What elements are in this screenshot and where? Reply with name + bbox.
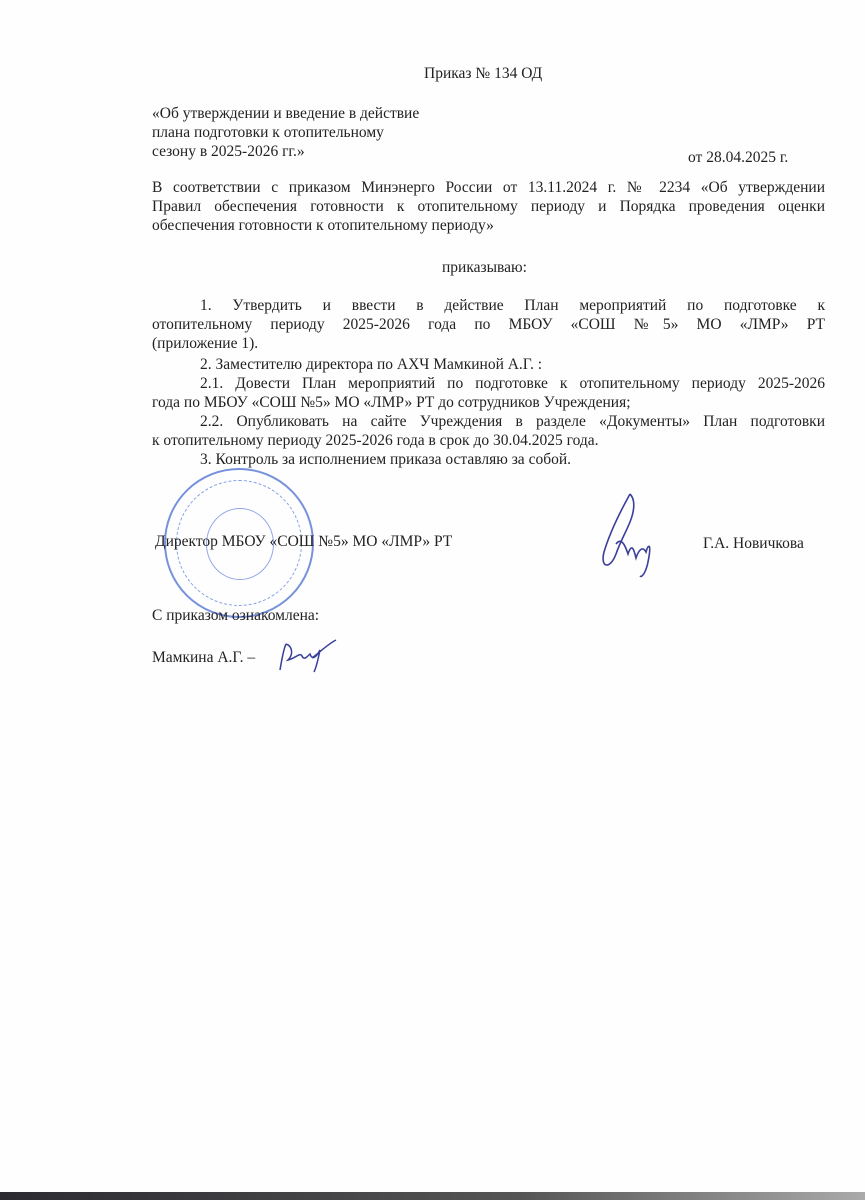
preamble: В соответствии с приказом Минэнерго Росс…: [152, 178, 825, 235]
handwritten-signature-icon: [590, 492, 670, 582]
item-2: 2. Заместителю директора по АХЧ Мамкиной…: [200, 355, 542, 374]
item-line: 1. Утвердить и ввести в действие План ме…: [152, 296, 825, 315]
preamble-line: обеспечения готовности к отопительному п…: [152, 216, 825, 235]
subject-line: сезону в 2025-2026 гг.»: [152, 142, 305, 161]
subject-line: «Об утверждении и введение в действие: [152, 104, 419, 123]
item-line: к отопительному периоду 2025-2026 года в…: [152, 431, 825, 450]
preamble-line: В соответствии с приказом Минэнерго Росс…: [152, 178, 825, 197]
employee-signature-icon: [272, 636, 342, 676]
acknowledgement-label: С приказом ознакомлена:: [152, 606, 319, 625]
scan-edge: [0, 1192, 865, 1200]
document-page: Приказ № 134 ОД «Об утверждении и введен…: [0, 0, 865, 1200]
order-title: Приказ № 134 ОД: [424, 64, 542, 83]
item-line: 2.1. Довести План мероприятий по подгото…: [152, 374, 825, 393]
item-2-1: 2.1. Довести План мероприятий по подгото…: [152, 374, 825, 412]
preamble-line: Правил обеспечения готовности к отопител…: [152, 197, 825, 216]
item-1: 1. Утвердить и ввести в действие План ме…: [152, 296, 825, 353]
acknowledged-person: Мамкина А.Г. –: [152, 648, 255, 667]
item-line: 2.2. Опубликовать на сайте Учреждения в …: [152, 412, 825, 431]
director-name: Г.А. Новичкова: [703, 534, 804, 553]
item-line: (приложение 1).: [152, 334, 825, 353]
item-2-2: 2.2. Опубликовать на сайте Учреждения в …: [152, 412, 825, 450]
order-date: от 28.04.2025 г.: [688, 148, 788, 167]
item-3: 3. Контроль за исполнением приказа остав…: [200, 450, 571, 469]
subject-line: плана подготовки к отопительному: [152, 123, 384, 142]
director-position: Директор МБОУ «СОШ №5» МО «ЛМР» РТ: [155, 532, 452, 551]
order-word: приказываю:: [442, 258, 527, 277]
item-line: отопительному периоду 2025-2026 года по …: [152, 315, 825, 334]
item-line: года по МБОУ «СОШ №5» МО «ЛМР» РТ до сот…: [152, 393, 825, 412]
